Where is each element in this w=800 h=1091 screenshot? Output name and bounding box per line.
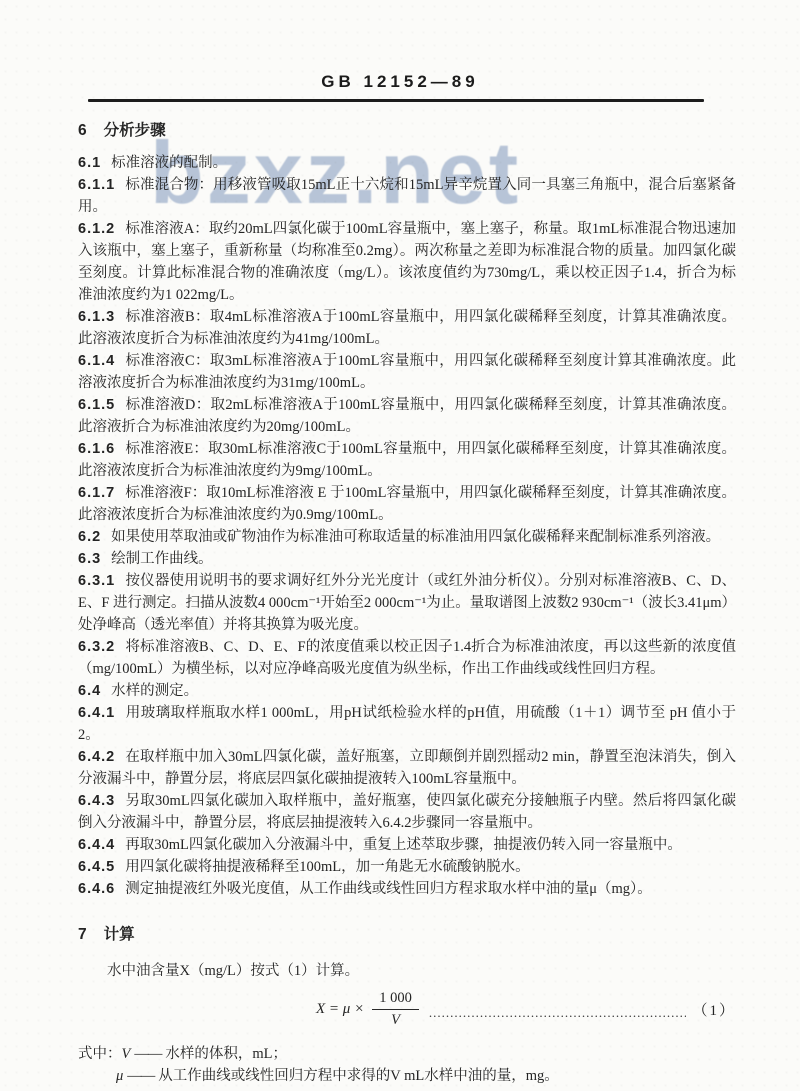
clause-6-3: 6.3绘制工作曲线。 bbox=[78, 548, 736, 570]
clause-text: 标准溶液C：取3mL标准溶液A于100mL容量瓶中，用四氯化碳稀释至刻度计算其准… bbox=[78, 353, 736, 391]
clause-text: 再取30mL四氯化碳加入分液漏斗中，重复上述萃取步骤，抽提液仍转入同一容量瓶中。 bbox=[125, 837, 682, 853]
formula-fraction: 1 000 V bbox=[372, 990, 419, 1029]
where-line-mu: μ——从工作曲线或线性回归方程中求得的V mL水样中油的量，mg。 bbox=[78, 1065, 736, 1087]
variable-v: V bbox=[122, 1046, 131, 1062]
where-line-v: 式中：V——水样的体积，mL； bbox=[78, 1043, 736, 1065]
formula: X = μ × 1 000 V ........................… bbox=[78, 990, 736, 1029]
clause-6-4-2: 6.4.2在取样瓶中加入30mL四氯化碳，盖好瓶塞，立即颠倒并剧烈摇动2 min… bbox=[78, 746, 736, 790]
fraction-numerator: 1 000 bbox=[372, 990, 419, 1010]
clause-number: 6.1.7 bbox=[78, 485, 115, 501]
clause-6-4-1: 6.4.1用玻璃取样瓶取水样1 000mL，用pH试纸检验水样的pH值，用硫酸（… bbox=[78, 702, 736, 746]
clause-6-2: 6.2如果使用萃取油或矿物油作为标准油可称取适量的标准油用四氯化碳稀释来配制标准… bbox=[78, 526, 736, 548]
clause-6-4-6: 6.4.6测定抽提液红外吸光度值，从工作曲线或线性回归方程求取水样中油的量μ（m… bbox=[78, 878, 736, 900]
document-page: bzxz.net GB 12152—89 6分析步骤 6.1标准溶液的配制。 6… bbox=[0, 0, 800, 1091]
formula-number: （1） bbox=[692, 999, 736, 1020]
clause-6-4-3: 6.4.3另取30mL四氯化碳加入取样瓶中，盖好瓶塞，使四氯化碳充分接触瓶子内壁… bbox=[78, 790, 736, 834]
clause-6-1-5: 6.1.5标准溶液D：取2mL标准溶液A于100mL容量瓶中，用四氯化碳稀释至刻… bbox=[78, 394, 736, 438]
clause-text: 标准溶液E：取30mL标准溶液C于100mL容量瓶中，用四氯化碳稀释至刻度，计算… bbox=[78, 441, 736, 479]
clause-number: 6.4.5 bbox=[78, 859, 115, 875]
where-text: 从工作曲线或线性回归方程中求得的V mL水样中油的量，mg。 bbox=[158, 1068, 559, 1084]
clause-6-1-4: 6.1.4标准溶液C：取3mL标准溶液A于100mL容量瓶中，用四氯化碳稀释至刻… bbox=[78, 350, 736, 394]
clause-6-3-2: 6.3.2将标准溶液B、C、D、E、F的浓度值乘以校正因子1.4折合为标准油浓度… bbox=[78, 636, 736, 680]
section-heading-7: 7计算 bbox=[78, 924, 736, 946]
clause-text: 标准溶液的配制。 bbox=[111, 155, 227, 171]
clause-6-1-2: 6.1.2标准溶液A：取约20mL四氯化碳于100mL容量瓶中，塞上塞子，称量。… bbox=[78, 218, 736, 306]
clause-text: 在取样瓶中加入30mL四氯化碳，盖好瓶塞，立即颠倒并剧烈摇动2 min，静置至泡… bbox=[78, 749, 736, 787]
clause-number: 6.4.1 bbox=[78, 705, 115, 721]
clause-6-3-1: 6.3.1按仪器使用说明书的要求调好红外分光光度计（或红外油分析仪）。分别对标准… bbox=[78, 570, 736, 636]
section-title: 计算 bbox=[104, 926, 135, 943]
clause-text: 水样的测定。 bbox=[111, 683, 198, 699]
where-text: 水样的体积，mL； bbox=[165, 1046, 287, 1062]
clause-6-1-3: 6.1.3标准溶液B：取4mL标准溶液A于100mL容量瓶中，用四氯化碳稀释至刻… bbox=[78, 306, 736, 350]
section-title: 分析步骤 bbox=[104, 122, 166, 139]
clause-text: 另取30mL四氯化碳加入取样瓶中，盖好瓶塞，使四氯化碳充分接触瓶子内壁。然后将四… bbox=[78, 793, 736, 831]
clause-number: 6.1.3 bbox=[78, 309, 115, 325]
formula-intro: 水中油含量X（mg/L）按式（1）计算。 bbox=[78, 960, 736, 982]
clause-number: 6.3.2 bbox=[78, 639, 115, 655]
doc-content: 6分析步骤 6.1标准溶液的配制。 6.1.1标准混合物：用移液管吸取15mL正… bbox=[0, 102, 800, 1087]
clause-number: 6.1 bbox=[78, 155, 101, 171]
clause-text: 将标准溶液B、C、D、E、F的浓度值乘以校正因子1.4折合为标准油浓度，再以这些… bbox=[78, 639, 736, 677]
clause-text: 测定抽提液红外吸光度值，从工作曲线或线性回归方程求取水样中油的量μ（mg）。 bbox=[125, 881, 652, 897]
clause-6-1: 6.1标准溶液的配制。 bbox=[78, 152, 736, 174]
formula-lhs: X = μ × bbox=[316, 1001, 364, 1018]
clause-number: 6.1.1 bbox=[78, 177, 115, 193]
clause-number: 6.3.1 bbox=[78, 573, 115, 589]
doc-number: GB 12152—89 bbox=[0, 0, 800, 92]
clause-text: 如果使用萃取油或矿物油作为标准油可称取适量的标准油用四氯化碳稀释来配制标准系列溶… bbox=[111, 529, 720, 545]
clause-text: 用玻璃取样瓶取水样1 000mL，用pH试纸检验水样的pH值，用硫酸（1＋1）调… bbox=[78, 705, 736, 743]
clause-text: 标准溶液A：取约20mL四氯化碳于100mL容量瓶中，塞上塞子，称量。取1mL标… bbox=[78, 221, 736, 303]
clause-text: 标准溶液F：取10mL标准溶液 E 于100mL容量瓶中，用四氯化碳稀释至刻度，… bbox=[78, 485, 736, 523]
clause-number: 6.4.6 bbox=[78, 881, 115, 897]
clause-6-4-5: 6.4.5用四氯化碳将抽提液稀释至100mL，加一角匙无水硫酸钠脱水。 bbox=[78, 856, 736, 878]
clause-number: 6.1.2 bbox=[78, 221, 115, 237]
clause-text: 标准溶液D：取2mL标准溶液A于100mL容量瓶中，用四氯化碳稀释至刻度，计算其… bbox=[78, 397, 736, 435]
clause-6-1-6: 6.1.6标准溶液E：取30mL标准溶液C于100mL容量瓶中，用四氯化碳稀释至… bbox=[78, 438, 736, 482]
clause-text: 用四氯化碳将抽提液稀释至100mL，加一角匙无水硫酸钠脱水。 bbox=[125, 859, 529, 875]
clause-number: 6.3 bbox=[78, 551, 101, 567]
clause-number: 6.4 bbox=[78, 683, 101, 699]
clause-text: 绘制工作曲线。 bbox=[111, 551, 213, 567]
clause-6-4: 6.4水样的测定。 bbox=[78, 680, 736, 702]
dash: —— bbox=[134, 1046, 161, 1062]
clause-6-4-4: 6.4.4再取30mL四氯化碳加入分液漏斗中，重复上述萃取步骤，抽提液仍转入同一… bbox=[78, 834, 736, 856]
clause-number: 6.4.2 bbox=[78, 749, 115, 765]
clause-6-1-7: 6.1.7标准溶液F：取10mL标准溶液 E 于100mL容量瓶中，用四氯化碳稀… bbox=[78, 482, 736, 526]
clause-number: 6.1.6 bbox=[78, 441, 115, 457]
formula-dot-leader: ........................................… bbox=[429, 1005, 687, 1021]
clause-number: 6.4.3 bbox=[78, 793, 115, 809]
clause-text: 标准溶液B：取4mL标准溶液A于100mL容量瓶中，用四氯化碳稀释至刻度，计算其… bbox=[78, 309, 736, 347]
clause-text: 标准混合物：用移液管吸取15mL正十六烷和15mL异辛烷置入同一具塞三角瓶中，混… bbox=[78, 177, 736, 215]
clause-text: 按仪器使用说明书的要求调好红外分光光度计（或红外油分析仪）。分别对标准溶液B、C… bbox=[78, 573, 736, 633]
clause-number: 6.4.4 bbox=[78, 837, 115, 853]
clause-number: 6.1.5 bbox=[78, 397, 115, 413]
section-number: 6 bbox=[78, 122, 88, 139]
clause-number: 6.2 bbox=[78, 529, 101, 545]
where-prefix: 式中： bbox=[78, 1046, 122, 1062]
section-heading-6: 6分析步骤 bbox=[78, 120, 736, 142]
fraction-denominator: V bbox=[391, 1010, 400, 1029]
dash: —— bbox=[127, 1068, 154, 1084]
clause-number: 6.1.4 bbox=[78, 353, 115, 369]
section-number: 7 bbox=[78, 926, 88, 943]
variable-mu: μ bbox=[116, 1068, 123, 1084]
clause-6-1-1: 6.1.1标准混合物：用移液管吸取15mL正十六烷和15mL异辛烷置入同一具塞三… bbox=[78, 174, 736, 218]
